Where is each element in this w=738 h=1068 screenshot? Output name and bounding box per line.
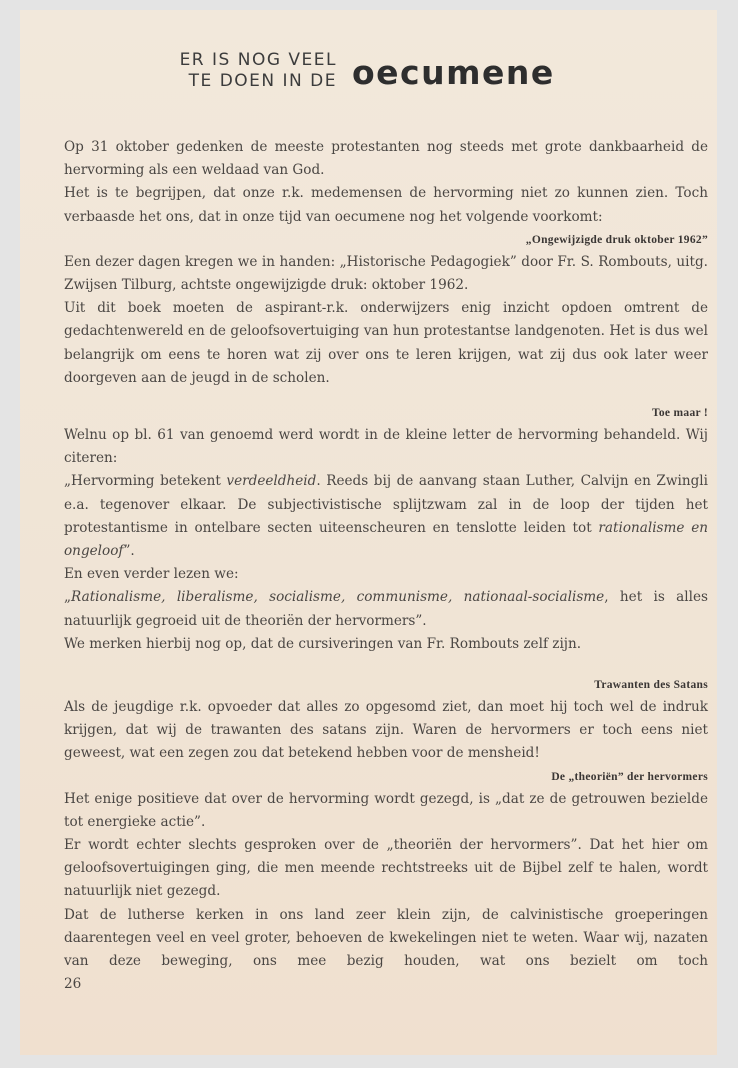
page-number: 26 <box>64 973 708 996</box>
quote-2-italic: Rationalisme, liberalisme, socialisme, c… <box>71 589 604 605</box>
intro-paragraph-2: Het is te begrijpen, dat onze r.k. medem… <box>64 182 708 228</box>
quote-2-lead: En even verder lezen we: <box>64 563 708 586</box>
quote-1: „Hervorming betekent verdeeldheid. Reeds… <box>64 470 708 563</box>
cursive-note: We merken hierbij nog op, dat de cursive… <box>64 633 708 656</box>
quote-2: „Rationalisme, liberalisme, socialisme, … <box>64 586 708 632</box>
kicker-line-2: TE DOEN IN DE <box>180 71 337 92</box>
section-4-paragraph-1: Het enige positieve dat over de hervormi… <box>64 788 708 834</box>
section-2-paragraph-1: Welnu op bl. 61 van genoemd werd wordt i… <box>64 424 708 470</box>
section-heading-theorieen: De „theoriën” der hervormers <box>64 766 708 788</box>
quote-1-post: ”. <box>123 543 134 559</box>
quote-2-open: „ <box>64 589 71 605</box>
article-title: oecumene <box>352 50 555 96</box>
section-1-paragraph-2: Uit dit boek moeten de aspirant-r.k. ond… <box>64 297 708 390</box>
article-header: ER IS NOG VEEL TE DOEN IN DE oecumene <box>20 50 717 110</box>
kicker-line-1: ER IS NOG VEEL <box>180 50 337 71</box>
section-4-paragraph-3: Dat de lutherse kerken in ons land zeer … <box>64 904 708 974</box>
intro-paragraph-1: Op 31 oktober gedenken de meeste protest… <box>64 136 708 182</box>
section-4-paragraph-2: Er wordt echter slechts gesproken over d… <box>64 834 708 904</box>
section-1-paragraph-1: Een dezer dagen kregen we in handen: „Hi… <box>64 251 708 297</box>
quote-1-pre: „Hervorming betekent <box>64 473 226 489</box>
quote-1-italic-1: verdeeldheid <box>226 473 316 489</box>
section-heading-toe-maar: Toe maar ! <box>64 402 708 424</box>
header-kicker: ER IS NOG VEEL TE DOEN IN DE <box>180 50 337 92</box>
section-heading-trawanten: Trawanten des Satans <box>64 674 708 696</box>
article-body: Op 31 oktober gedenken de meeste protest… <box>64 136 708 996</box>
section-3-paragraph-1: Als de jeugdige r.k. opvoeder dat alles … <box>64 696 708 766</box>
section-heading-ongewijzigde-druk: „Ongewijzigde druk oktober 1962” <box>64 229 708 251</box>
scanned-page: ER IS NOG VEEL TE DOEN IN DE oecumene Op… <box>20 10 717 1055</box>
